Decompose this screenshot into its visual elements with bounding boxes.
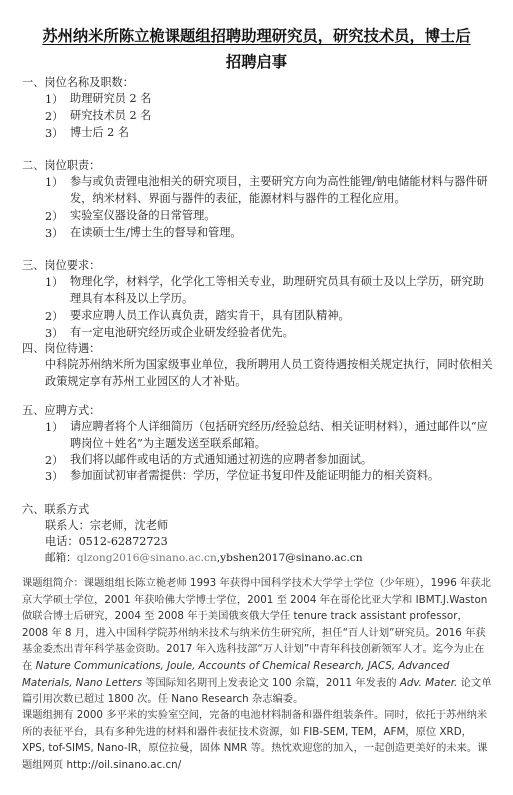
list-number: 1） — [45, 276, 63, 290]
group-facilities: 课题组拥有 2000 多平米的实验室空间，完备的电池材料制备和器件组装条件。同时… — [22, 707, 492, 773]
list-number: 2） — [45, 310, 63, 324]
list-item: 物理化学，材料学，化学化工等相关专业，助理研究员具有硕士及以上学历，研究助理具有… — [70, 274, 490, 307]
list-number: 1） — [45, 176, 63, 190]
contact-email: 邮箱：qlzong2016@sinano.ac.cn,ybshen2017@si… — [45, 551, 363, 565]
list-number: 3） — [45, 127, 63, 141]
page-subtitle: 招聘启事 — [0, 50, 513, 72]
contact-person: 联系人：宗老师，沈老师 — [45, 519, 168, 533]
list-item: 我们将以邮件或电话的方式通知通过初选的应聘者参加面试。 — [70, 452, 490, 469]
list-number: 2） — [45, 454, 63, 468]
list-number: 2） — [45, 210, 63, 224]
journal-adv-mater: Adv. Mater. — [400, 677, 458, 689]
section-heading-requirements: 三、岗位要求： — [22, 259, 100, 273]
group-intro: 课题组简介：课题组组长陈立桅老师 1993 年获得中国科学技术大学学士学位（少年… — [22, 575, 492, 708]
section-heading-contact: 六、联系方式 — [22, 503, 89, 517]
section-heading-benefits: 四、岗位待遇： — [22, 342, 100, 356]
list-item: 助理研究员 2 名 — [70, 91, 490, 108]
section-heading-positions: 一、岗位名称及职数： — [22, 76, 134, 90]
list-item: 实验室仪器设备的日常管理。 — [70, 208, 490, 225]
email-link-2[interactable]: ybshen2017@sinano.ac.cn — [220, 552, 362, 564]
list-number: 1） — [45, 421, 63, 435]
list-item: 在读硕士生/博士生的督导和管理。 — [70, 225, 490, 242]
list-number: 3） — [45, 227, 63, 241]
section-heading-duties: 二、岗位职责： — [22, 159, 100, 173]
list-item: 请应聘者将个人详细简历（包括研究经历/经验总结、相关证明材料），通过邮件以“应聘… — [70, 419, 490, 452]
benefits-text: 中科院苏州纳米所为国家级事业单位，我所聘用人员工资待遇按相关规定执行，同时依相关… — [45, 357, 493, 390]
email-link-1[interactable]: qlzong2016@sinano.ac.cn — [77, 552, 217, 564]
list-item: 研究技术员 2 名 — [70, 108, 490, 125]
page-title: 苏州纳米所陈立桅课题组招聘助理研究员，研究技术员，博士后 — [0, 24, 513, 46]
list-number: 2） — [45, 110, 63, 124]
section-heading-application: 五、应聘方式： — [22, 404, 100, 418]
list-number: 1） — [45, 93, 63, 107]
list-item: 参与或负责锂电池相关的研究项目，主要研究方向为高性能锂/钠电储能材料与器件研发，… — [70, 174, 490, 207]
list-number: 3） — [45, 470, 63, 484]
list-item: 参加面试初审者需提供：学历，学位证书复印件及能证明能力的相关资料。 — [70, 468, 490, 485]
list-item: 博士后 2 名 — [70, 125, 490, 142]
email-label: 邮箱： — [45, 552, 77, 564]
contact-phone: 电话：0512-62872723 — [45, 535, 168, 549]
list-item: 有一定电池研究经历或企业研发经验者优先。 — [70, 325, 490, 342]
list-item: 要求应聘人员工作认真负责，踏实肯干，具有团队精神。 — [70, 308, 490, 325]
list-number: 3） — [45, 327, 63, 341]
